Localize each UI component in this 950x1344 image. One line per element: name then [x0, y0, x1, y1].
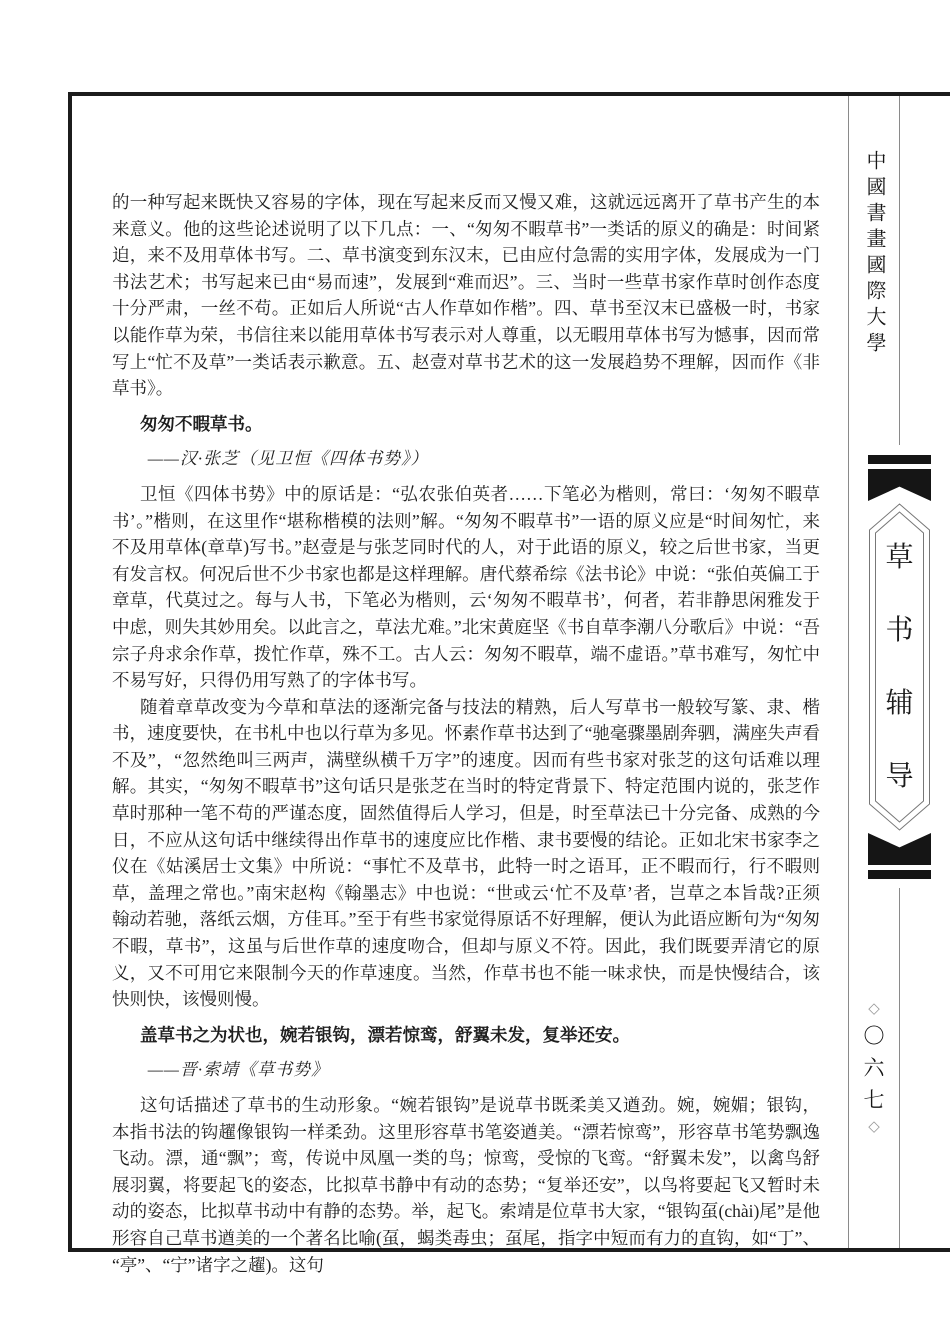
banner-ribbon-top	[868, 469, 931, 501]
institution-column: 中國書畫國際大學	[849, 150, 899, 358]
folio-ornament-top-icon: ◇	[868, 1002, 880, 1017]
banner-ribbon-bottom	[868, 833, 931, 865]
section-2-quote-heading: 盖草书之为状也，婉若银钩，漂若惊鸾，舒翼未发，复举还安。	[112, 1022, 820, 1049]
section-2-paragraph-1: 这句话描述了草书的生动形象。“婉若银钩”是说草书既柔美又遒劲。婉，婉媚；银钩，本…	[112, 1092, 820, 1278]
section-1-paragraph-2: 随着章草改变为今草和草法的逐渐完备与技法的精熟，后人写草书一般较写篆、隶、楷书，…	[112, 694, 820, 1013]
banner-bar-top	[868, 455, 931, 464]
series-title-banner: 草 书 辅 导	[868, 455, 931, 879]
section-1-quote-heading: 匆匆不暇草书。	[112, 411, 820, 438]
banner-title: 草 书 辅 导	[868, 503, 931, 831]
sidebar-inner-line-top	[899, 96, 900, 445]
book-page: 的一种写起来既快又容易的字体，现在写起来反而又慢又难，这就远远离开了草书产生的本…	[0, 0, 950, 1344]
sidebar-inner-line-bottom	[899, 888, 900, 1248]
section-1-attribution: ——汉·张芝（见卫恒《四体书势》）	[112, 446, 820, 473]
continued-paragraph: 的一种写起来既快又容易的字体，现在写起来反而又慢又难，这就远远离开了草书产生的本…	[112, 189, 820, 402]
section-2-attribution: ——晋·索靖《草书势》	[112, 1057, 820, 1084]
banner-title-char: 草	[885, 544, 913, 572]
main-text-column: 的一种写起来既快又容易的字体，现在写起来反而又慢又难，这就远远离开了草书产生的本…	[112, 189, 820, 1278]
folio-column: ◇ 〇 六 七 ◇	[849, 1002, 899, 1135]
folio-ornament-bottom-icon: ◇	[868, 1120, 880, 1135]
banner-bar-bottom	[868, 870, 931, 879]
banner-title-char: 书	[885, 617, 913, 645]
folio-number-char: 六	[864, 1058, 885, 1079]
banner-title-char: 辅	[885, 690, 913, 718]
folio-number-char: 七	[864, 1090, 885, 1111]
section-1-paragraph-1: 卫恒《四体书势》中的原话是：“弘农张伯英者……下笔必为楷则，常曰：‘匆匆不暇草书…	[112, 481, 820, 694]
banner-title-char: 导	[885, 763, 913, 791]
institution-name: 中國書畫國際大學	[864, 150, 884, 358]
banner-cartouche: 草 书 辅 导	[868, 503, 931, 831]
folio-number-char: 〇	[864, 1026, 885, 1047]
